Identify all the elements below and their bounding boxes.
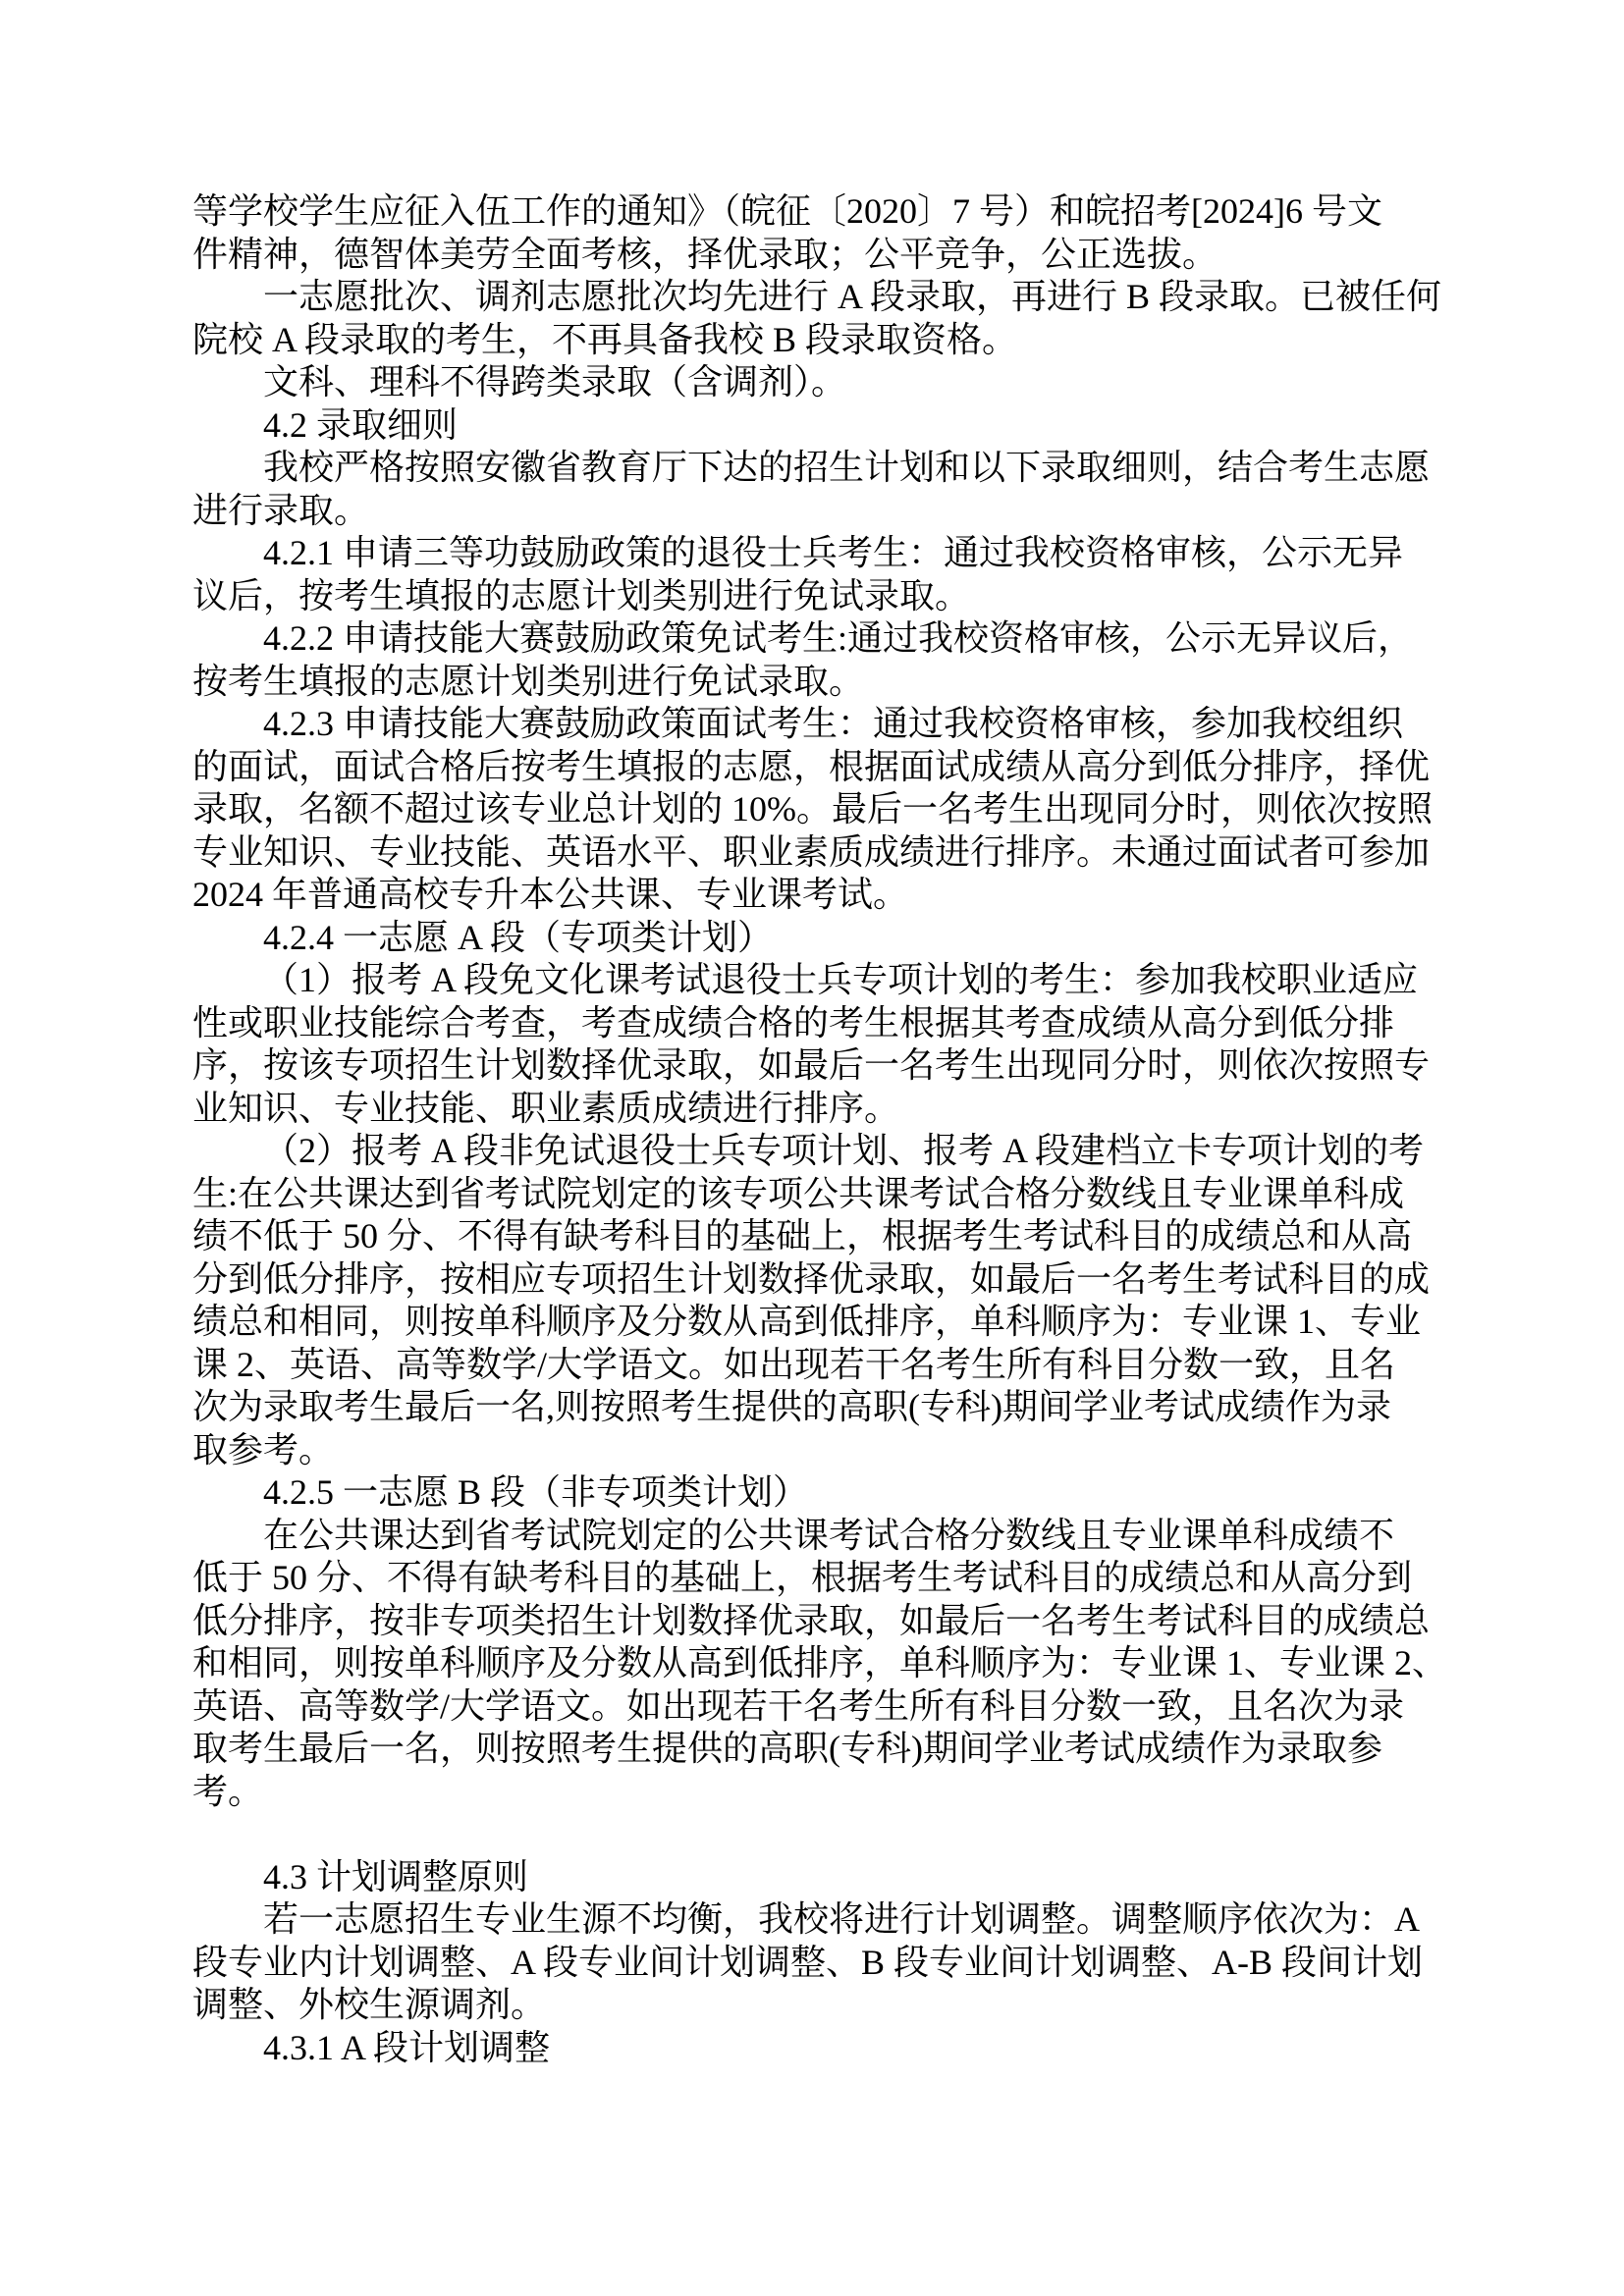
paragraph-line: 取考生最后一名，则按照考生提供的高职(专科)期间学业考试成绩作为录取参 [192, 1728, 1439, 1771]
paragraph-line: 的面试，面试合格后按考生填报的志愿，根据面试成绩从高分到低分排序，择优 [192, 746, 1439, 789]
paragraph-line: 文科、理科不得跨类录取（含调剂）。 [192, 361, 1439, 404]
section-heading: 4.3.1 A 段计划调整 [192, 2027, 1439, 2070]
section-heading: 4.3 计划调整原则 [192, 1856, 1439, 1899]
paragraph-line: 议后，按考生填报的志愿计划类别进行免试录取。 [192, 575, 1439, 618]
section-heading: 4.2.2 申请技能大赛鼓励政策免试考生:通过我校资格审核，公示无异议后， [192, 617, 1439, 661]
paragraph-line: 录取，名额不超过该专业总计划的 10%。最后一名考生出现同分时，则依次按照 [192, 788, 1439, 831]
paragraph-line: 英语、高等数学/大学语文。如出现若干名考生所有科目分数一致，且名次为录 [192, 1685, 1439, 1729]
paragraph-line: 我校严格按照安徽省教育厅下达的招生计划和以下录取细则，结合考生志愿 [192, 447, 1439, 490]
text-body: 等学校学生应征入伍工作的通知》（皖征〔2020〕7 号）和皖招考[2024]6 … [192, 190, 1439, 2069]
paragraph-line: 性或职业技能综合考查，考查成绩合格的考生根据其考查成绩从高分到低分排 [192, 1002, 1439, 1045]
paragraph-line: 进行录取。 [192, 490, 1439, 533]
paragraph-line: 生:在公共课达到省考试院划定的该专项公共课考试合格分数线且专业课单科成 [192, 1173, 1439, 1216]
paragraph-line: 段专业内计划调整、A 段专业间计划调整、B 段专业间计划调整、A-B 段间计划 [192, 1942, 1439, 1985]
section-heading: 4.2.5 一志愿 B 段（非专项类计划） [192, 1471, 1439, 1515]
paragraph-line: 等学校学生应征入伍工作的通知》（皖征〔2020〕7 号）和皖招考[2024]6 … [192, 190, 1439, 234]
paragraph-line: 一志愿批次、调剂志愿批次均先进行 A 段录取，再进行 B 段录取。已被任何 [192, 276, 1439, 319]
paragraph-line: 绩总和相同，则按单科顺序及分数从高到低排序，单科顺序为：专业课 1、专业 [192, 1301, 1439, 1344]
paragraph-line: 考。 [192, 1771, 1439, 1814]
section-heading: 4.2.3 申请技能大赛鼓励政策面试考生：通过我校资格审核，参加我校组织 [192, 703, 1439, 746]
section-heading: 4.2.1 申请三等功鼓励政策的退役士兵考生：通过我校资格审核，公示无异 [192, 532, 1439, 575]
paragraph-line: 低分排序，按非专项类招生计划数择优录取，如最后一名考生考试科目的成绩总 [192, 1600, 1439, 1643]
paragraph-line: 2024 年普通高校专升本公共课、专业课考试。 [192, 874, 1439, 917]
paragraph-line: 业知识、专业技能、职业素质成绩进行排序。 [192, 1088, 1439, 1131]
paragraph-line: 调整、外校生源调剂。 [192, 1984, 1439, 2027]
paragraph-line: 取参考。 [192, 1429, 1439, 1472]
paragraph-line: 次为录取考生最后一名,则按照考生提供的高职(专科)期间学业考试成绩作为录 [192, 1386, 1439, 1429]
paragraph-line: 件精神，德智体美劳全面考核，择优录取；公平竞争，公正选拔。 [192, 234, 1439, 277]
paragraph-line: （1）报考 A 段免文化课考试退役士兵专项计划的考生：参加我校职业适应 [192, 959, 1439, 1002]
paragraph-line: 分到低分排序，按相应专项招生计划数择优录取，如最后一名考生考试科目的成 [192, 1258, 1439, 1302]
section-heading: 4.2.4 一志愿 A 段（专项类计划） [192, 917, 1439, 960]
document-page: { "page": { "background_color": "#ffffff… [0, 0, 1624, 2296]
paragraph-line: 按考生填报的志愿计划类别进行免试录取。 [192, 661, 1439, 704]
paragraph-line: 序，按该专项招生计划数择优录取，如最后一名考生出现同分时，则依次按照专 [192, 1044, 1439, 1088]
paragraph-line: 课 2、英语、高等数学/大学语文。如出现若干名考生所有科目分数一致，且名 [192, 1344, 1439, 1387]
paragraph-line: 绩不低于 50 分、不得有缺考科目的基础上，根据考生考试科目的成绩总和从高 [192, 1215, 1439, 1258]
paragraph-line: 专业知识、专业技能、英语水平、职业素质成绩进行排序。未通过面试者可参加 [192, 831, 1439, 875]
paragraph-line: 低于 50 分、不得有缺考科目的基础上，根据考生考试科目的成绩总和从高分到 [192, 1557, 1439, 1600]
paragraph-line: 若一志愿招生专业生源不均衡，我校将进行计划调整。调整顺序依次为：A [192, 1898, 1439, 1942]
section-heading: 4.2 录取细则 [192, 404, 1439, 448]
paragraph-line: 在公共课达到省考试院划定的公共课考试合格分数线且专业课单科成绩不 [192, 1515, 1439, 1558]
paragraph-line: 院校 A 段录取的考生，不再具备我校 B 段录取资格。 [192, 319, 1439, 362]
blank-line [192, 1813, 1439, 1856]
paragraph-line: （2）报考 A 段非免试退役士兵专项计划、报考 A 段建档立卡专项计划的考 [192, 1130, 1439, 1173]
paragraph-line: 和相同，则按单科顺序及分数从高到低排序，单科顺序为：专业课 1、专业课 2、 [192, 1642, 1439, 1685]
